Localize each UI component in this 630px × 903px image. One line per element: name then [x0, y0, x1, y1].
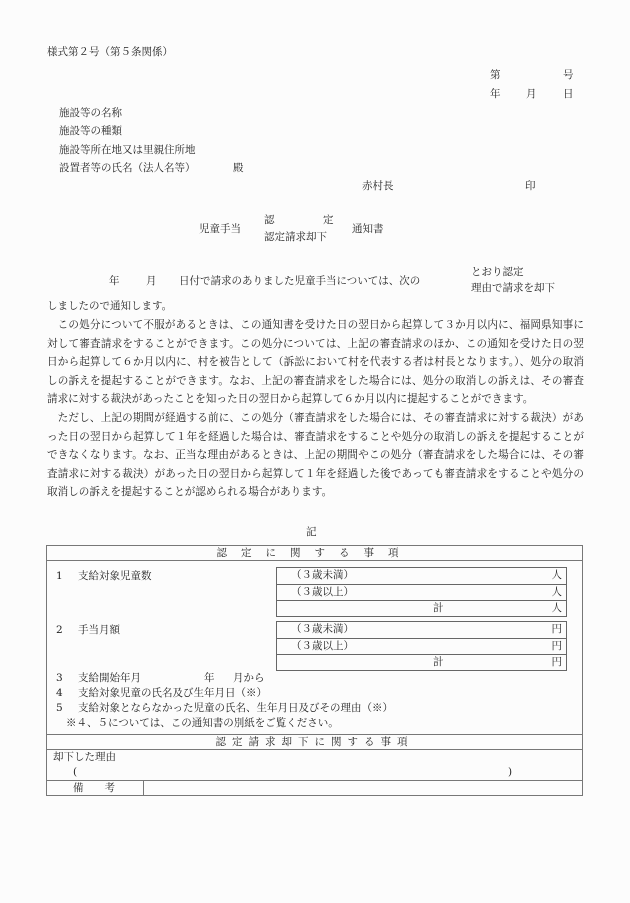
row-label: （３歳以上）: [291, 586, 354, 598]
item1-number: 1: [56, 570, 63, 583]
children-under3-row: （３歳未満） 人: [277, 568, 566, 584]
item2-label: 手当月額: [78, 624, 120, 637]
item4-number: 4: [56, 687, 63, 700]
doc-number-suffix: 号: [563, 69, 574, 82]
item3-number: 3: [56, 672, 63, 685]
item3-month-from: 月から: [233, 672, 265, 685]
item3-year: 年: [204, 672, 215, 685]
row-unit: 円: [552, 655, 563, 670]
form-number: 様式第２号（第５条関係）: [47, 46, 173, 59]
row-label: （３歳未満）: [291, 569, 354, 581]
date-month: 月: [526, 88, 537, 101]
item4-label: 支給対象児童の氏名及び生年月日（※）: [78, 687, 267, 700]
item5-label: 支給対象とならなかった児童の氏名、生年月日及びその理由（※）: [78, 702, 393, 715]
remarks-label: 備 考: [73, 782, 115, 795]
attachment-note: ※４、５については、この通知書の別紙をご覧ください。: [66, 717, 339, 730]
amount-over3-row: （３歳以上） 円: [277, 638, 566, 654]
amount-total-row: 計 円: [277, 654, 566, 670]
facility-type-label: 施設等の種類: [59, 125, 122, 138]
honorific: 殿: [233, 162, 244, 175]
item2-number: 2: [56, 624, 63, 637]
children-count-box: （３歳未満） 人 （３歳以上） 人 計 人: [276, 567, 567, 617]
divider: [47, 749, 582, 750]
approval-header: 認定に関する事項: [47, 547, 582, 560]
title-prefix: 児童手当: [199, 223, 241, 236]
sender-title: 赤村長: [362, 180, 394, 193]
item5-number: 5: [56, 702, 63, 715]
date-year: 年: [490, 88, 501, 101]
intro-continuation: しましたので通知します。: [47, 300, 172, 313]
doc-number-prefix: 第: [490, 69, 501, 82]
row-unit: 円: [552, 622, 563, 637]
row-unit: 人: [552, 585, 563, 600]
founder-name-label: 設置者等の氏名（法人名等）: [59, 162, 196, 175]
row-unit: 人: [552, 601, 563, 616]
date-day: 日: [563, 88, 574, 101]
monthly-amount-box: （３歳未満） 円 （３歳以上） 円 計 円: [276, 621, 567, 671]
rejection-reason-label: 却下した理由: [53, 751, 116, 764]
intro-month: 月: [146, 275, 157, 288]
divider: [47, 780, 582, 781]
children-total-row: 計 人: [277, 600, 566, 616]
title-option-bottom: 認定請求却下: [264, 231, 327, 244]
divider: [47, 560, 582, 561]
intro-option-bottom: 理由で請求を却下: [471, 282, 555, 295]
title-option-top-right: 定: [323, 214, 334, 227]
reason-paren-open: (: [73, 766, 77, 779]
seal-mark: 印: [525, 180, 536, 193]
intro-option-top: とおり認定: [471, 266, 524, 279]
ki-heading: 記: [306, 526, 317, 539]
details-table: 認定に関する事項 1 支給対象児童数 （３歳未満） 人 （３歳以上） 人 計 人…: [46, 545, 583, 796]
amount-under3-row: （３歳未満） 円: [277, 622, 566, 638]
title-suffix: 通知書: [352, 223, 384, 236]
row-unit: 円: [552, 639, 563, 654]
deadline-paragraph: ただし、上記の期間が経過する前に、この処分（審査請求をした場合には、その審査請求…: [47, 409, 584, 502]
children-over3-row: （３歳以上） 人: [277, 584, 566, 600]
divider: [47, 734, 582, 735]
row-unit: 人: [552, 568, 563, 583]
notice-body: この処分について不服があるときは、この通知書を受けた日の翌日から起算して３か月以…: [47, 316, 584, 502]
facility-name-label: 施設等の名称: [59, 107, 122, 120]
intro-text: 日付で請求のありました児童手当については、次の: [179, 275, 420, 288]
rejection-header: 認定請求却下に関する事項: [47, 736, 582, 749]
reason-paren-close: ): [508, 766, 512, 779]
remarks-divider: [143, 780, 144, 796]
item3-label: 支給開始年月: [78, 672, 141, 685]
appeal-paragraph: この処分について不服があるときは、この通知書を受けた日の翌日から起算して３か月以…: [47, 316, 584, 409]
total-label: 計: [433, 601, 444, 616]
intro-year: 年: [109, 275, 120, 288]
row-label: （３歳以上）: [291, 640, 354, 652]
item1-label: 支給対象児童数: [78, 570, 152, 583]
facility-address-label: 施設等所在地又は里親住所地: [59, 144, 196, 157]
total-label: 計: [433, 655, 444, 670]
row-label: （３歳未満）: [291, 623, 354, 635]
title-option-top-left: 認: [264, 214, 275, 227]
